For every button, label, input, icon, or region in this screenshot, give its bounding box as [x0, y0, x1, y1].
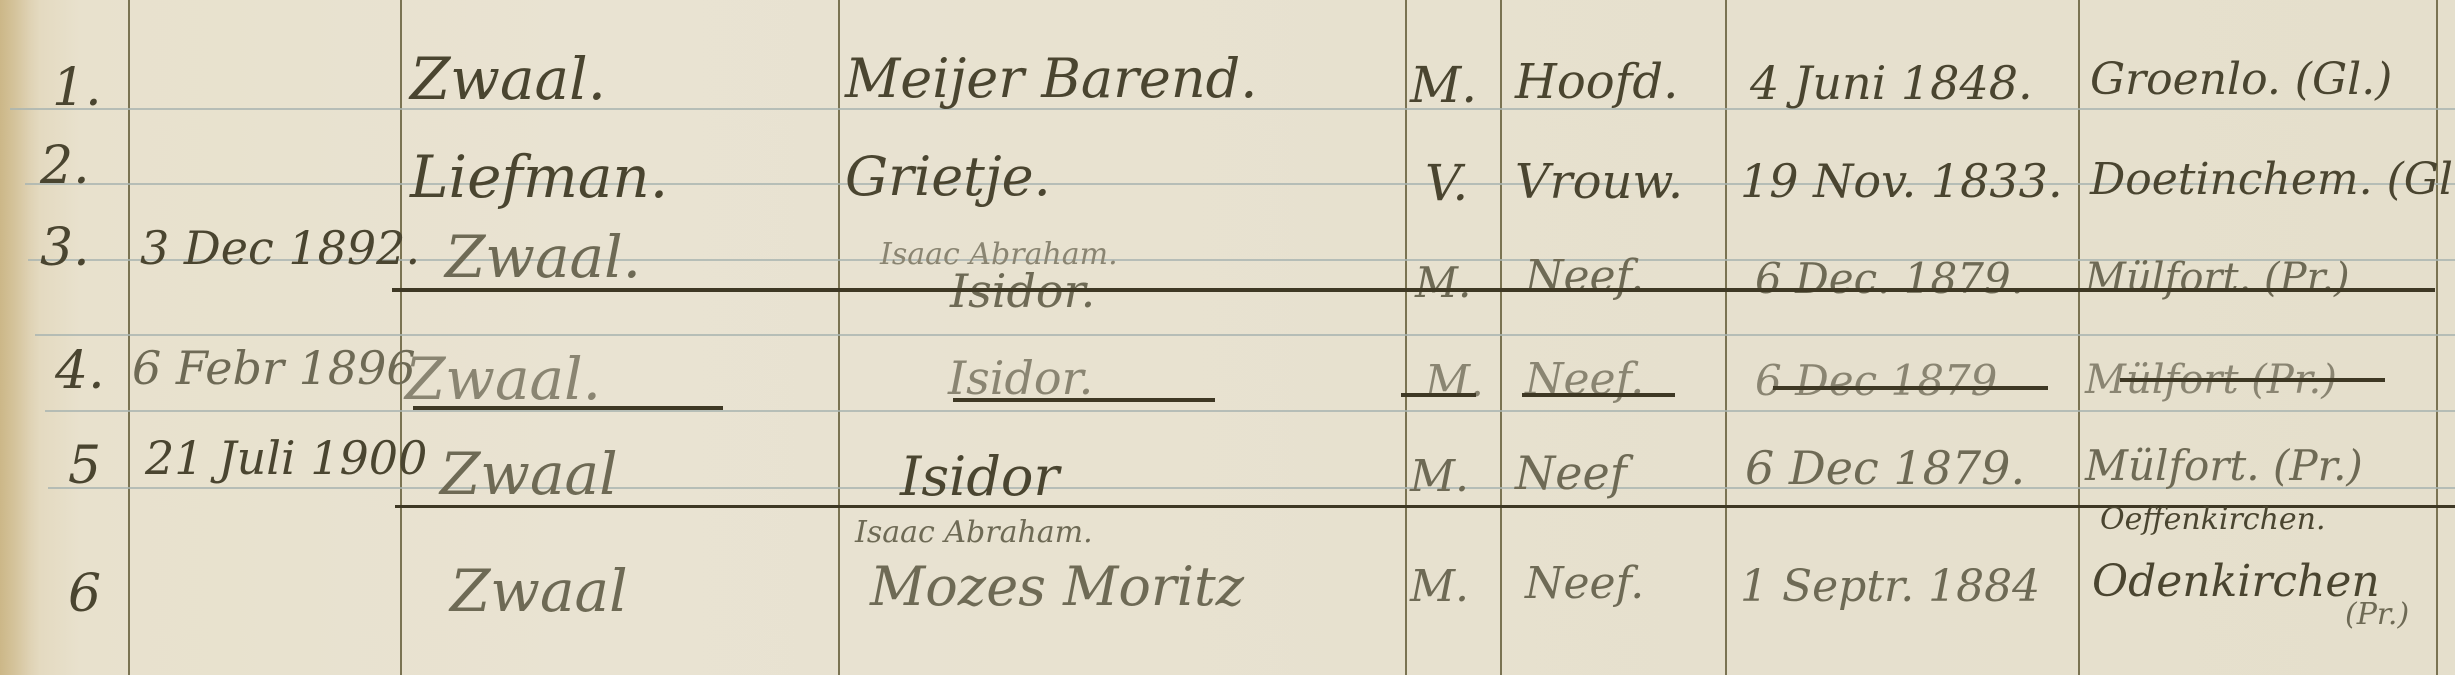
- column-divider: [400, 0, 402, 675]
- birth-date: 1 Septr. 1884: [1740, 565, 2040, 609]
- relation: Neef: [1515, 450, 1627, 496]
- relation: Vrouw.: [1515, 158, 1683, 206]
- row-number: 2.: [40, 140, 90, 192]
- relation: Neef.: [1525, 562, 1644, 606]
- column-divider: [1725, 0, 1727, 675]
- registration-date: 6 Febr 1896: [132, 345, 416, 391]
- sex: M.: [1410, 565, 1469, 609]
- strikethrough-line: [1401, 393, 1476, 397]
- surname: Zwaal.: [405, 350, 601, 408]
- surname: Zwaal: [450, 562, 628, 620]
- given-names-annotation: Isaac Abraham.: [855, 518, 1093, 548]
- strikethrough-line: [1522, 393, 1675, 397]
- surname: Liefman.: [410, 148, 668, 206]
- birth-date: 19 Nov. 1833.: [1740, 158, 2063, 204]
- birth-place: Mülfort. (Pr.): [2085, 445, 2363, 487]
- registration-date: 21 Juli 1900: [145, 435, 427, 481]
- sex: M.: [1410, 455, 1469, 499]
- birth-date: 6 Dec. 1879.: [1755, 258, 2024, 300]
- strikethrough-line: [413, 406, 723, 410]
- page-edge-shadow: [0, 0, 40, 675]
- strikethrough-line: [1773, 386, 2048, 390]
- birth-place: Odenkirchen: [2092, 560, 2380, 604]
- row-number: 1.: [52, 62, 102, 114]
- ruled-line: [35, 334, 2455, 336]
- strikethrough-line: [2120, 378, 2385, 382]
- column-divider: [2078, 0, 2080, 675]
- surname: Zwaal: [440, 445, 618, 503]
- birth-place-suffix: (Pr.): [2345, 600, 2409, 630]
- birth-place: Mülfort. (Pr.): [2085, 258, 2350, 298]
- given-names: Isidor: [900, 450, 1059, 504]
- register-page: 1. Zwaal. Meijer Barend. M. Hoofd. 4 Jun…: [0, 0, 2455, 675]
- column-divider: [1405, 0, 1407, 675]
- birth-place: Doetinchem. (Gl.): [2090, 158, 2455, 202]
- given-names: Grietje.: [845, 150, 1051, 204]
- strikethrough-line: [953, 398, 1215, 402]
- birth-date: 4 Juni 1848.: [1750, 60, 2033, 106]
- given-names: Mozes Moritz: [870, 560, 1244, 614]
- sex: M.: [1410, 60, 1477, 110]
- row-number: 4.: [55, 345, 105, 397]
- surname: Zwaal.: [410, 50, 606, 108]
- column-divider: [2436, 0, 2438, 675]
- row-number: 3.: [40, 222, 90, 274]
- strikethrough-line: [392, 288, 2435, 292]
- column-divider: [838, 0, 840, 675]
- birth-place: Groenlo. (Gl.): [2090, 58, 2392, 102]
- relation: Hoofd.: [1515, 58, 1678, 106]
- row-number: 5: [68, 440, 101, 492]
- birth-date: 6 Dec 1879: [1755, 360, 1997, 402]
- surname: Zwaal.: [445, 228, 641, 286]
- sex: M.: [1415, 262, 1471, 304]
- row-number: 6: [68, 568, 101, 620]
- sex: M.: [1425, 360, 1484, 404]
- relation: Neef.: [1525, 255, 1644, 299]
- registration-date: 3 Dec 1892.: [140, 225, 420, 271]
- birth-date: 6 Dec 1879.: [1745, 445, 2025, 491]
- birth-place-annotation: Oeffenkirchen.: [2100, 505, 2326, 535]
- given-names: Meijer Barend.: [845, 52, 1257, 106]
- given-names: Isidor.: [948, 355, 1093, 401]
- column-divider: [1500, 0, 1502, 675]
- sex: V.: [1425, 158, 1468, 208]
- column-divider: [128, 0, 130, 675]
